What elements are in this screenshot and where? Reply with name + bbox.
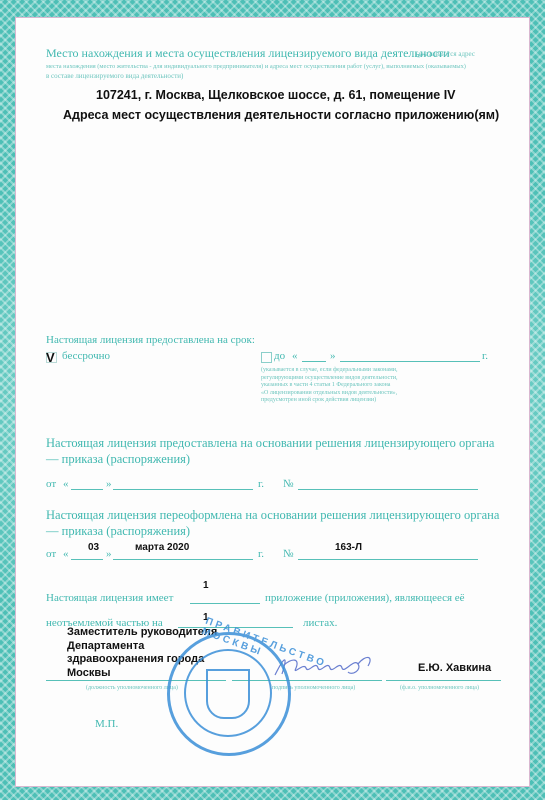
name-line-underline	[386, 680, 501, 681]
term-note-line: «О лицензировании отдельных видов деятел…	[261, 390, 398, 398]
until-year-suffix: г.	[482, 350, 488, 362]
basis-number-field[interactable]	[298, 489, 478, 490]
until-close-quote: »	[330, 350, 336, 362]
reissue-month-year-value: марта 2020	[135, 542, 189, 553]
location-heading: Место нахождения и места осуществления л…	[46, 46, 450, 61]
reissue-number-label: №	[283, 548, 294, 560]
basis-heading-1: Настоящая лицензия предоставлена на осно…	[46, 436, 494, 451]
reissue-heading-1: Настоящая лицензия переоформлена на осно…	[46, 508, 499, 523]
caption-position: (должность уполномоченного лица)	[86, 684, 178, 693]
location-note-2: места нахождения (место жительства - для…	[46, 62, 466, 71]
term-note-line: указанных в части 4 статьи 1 Федеральног…	[261, 382, 398, 390]
until-open-quote: «	[292, 350, 298, 362]
basis-number-label: №	[283, 478, 294, 490]
appendix-line2-suffix: листах.	[303, 617, 337, 629]
position-line: Заместитель руководителя	[67, 626, 217, 640]
location-note-1: (указываются адрес	[416, 50, 475, 59]
moscow-coat-of-arms-icon	[206, 669, 250, 719]
reissue-close-quote: »	[106, 548, 112, 560]
term-note-line: (указывается в случае, если федеральными…	[261, 367, 398, 375]
appendix-count-field[interactable]	[190, 603, 260, 604]
basis-heading-2: — приказа (распоряжения)	[46, 452, 190, 467]
reissue-from-label: от	[46, 548, 56, 560]
basis-from-label: от	[46, 478, 56, 490]
appendix-count-value: 1	[203, 580, 209, 591]
basis-day-field[interactable]	[71, 489, 103, 490]
seal-label: М.П.	[95, 718, 118, 730]
basis-year-suffix: г.	[258, 478, 264, 490]
appendix-line1-suffix: приложение (приложения), являющееся её	[265, 592, 465, 604]
indefinite-label: бессрочно	[62, 350, 110, 362]
basis-month-year-field[interactable]	[113, 489, 253, 490]
term-note-line: регулирующими осуществление видов деятел…	[261, 375, 398, 383]
term-note: (указывается в случае, если федеральными…	[261, 367, 398, 405]
until-checkbox[interactable]	[261, 352, 272, 363]
until-month-year-field[interactable]	[340, 361, 480, 362]
reissue-number-field[interactable]	[298, 559, 478, 560]
license-address: 107241, г. Москва, Щелковское шоссе, д. …	[96, 88, 456, 102]
reissue-year-suffix: г.	[258, 548, 264, 560]
basis-open-quote: «	[63, 478, 69, 490]
signatory-name: Е.Ю. Хавкина	[418, 662, 491, 674]
term-heading: Настоящая лицензия предоставлена на срок…	[46, 334, 255, 346]
basis-close-quote: »	[106, 478, 112, 490]
caption-name: (ф.и.о. уполномоченного лица)	[400, 684, 479, 693]
official-seal-stamp: ПРАВИТЕЛЬСТВО МОСКВЫ	[167, 632, 291, 756]
checkmark-icon: V	[46, 350, 55, 365]
until-prefix: до	[274, 350, 285, 362]
reissue-open-quote: «	[63, 548, 69, 560]
reissue-number-value: 163-Л	[335, 542, 362, 553]
appendix-line1-prefix: Настоящая лицензия имеет	[46, 592, 173, 604]
reissue-heading-2: — приказа (распоряжения)	[46, 524, 190, 539]
reissue-month-year-field[interactable]	[113, 559, 253, 560]
until-day-field[interactable]	[302, 361, 326, 362]
reissue-day-field[interactable]	[71, 559, 103, 560]
term-note-line: предусмотрен иной срок действия лицензии…	[261, 397, 398, 405]
activity-addresses-note: Адреса мест осуществления деятельности с…	[63, 108, 499, 122]
reissue-day-value: 03	[88, 542, 99, 553]
location-note-3: в составе лицензируемого вида деятельнос…	[46, 72, 183, 81]
